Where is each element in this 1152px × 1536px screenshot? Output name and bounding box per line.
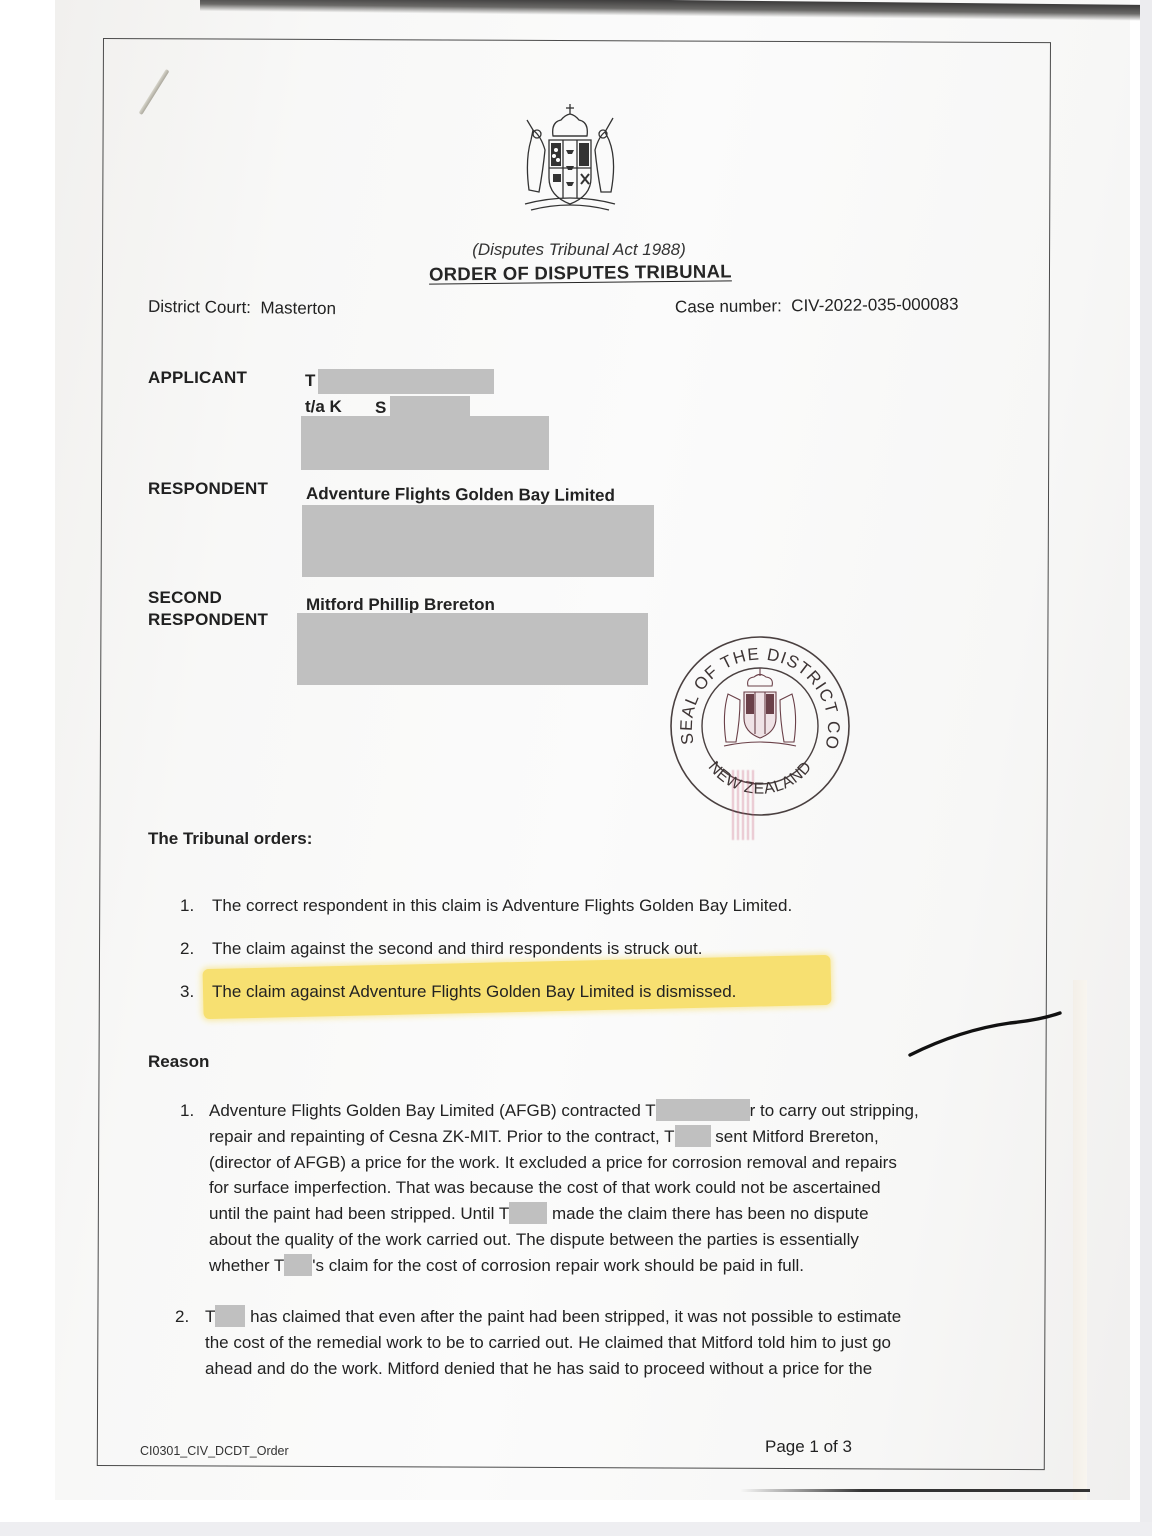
- order-item: 2.The claim against the second and third…: [180, 939, 702, 959]
- district-court: District Court: Masterton: [148, 297, 336, 319]
- seal-ink-smudge: [732, 770, 754, 840]
- second-respondent-name: Mitford Phillip Brereton: [306, 595, 495, 615]
- pen-stroke-mark: [900, 995, 1070, 1065]
- form-code: CI0301_CIV_DCDT_Order: [140, 1444, 289, 1458]
- coat-of-arms-icon: [505, 100, 635, 225]
- orders-heading: The Tribunal orders:: [148, 829, 312, 849]
- page-bottom-edge: [740, 1489, 1090, 1492]
- respondent-name: Adventure Flights Golden Bay Limited: [306, 484, 615, 506]
- redaction-block: [297, 613, 648, 685]
- redaction-block: [301, 416, 549, 470]
- reason-heading: Reason: [148, 1052, 209, 1072]
- svg-text:NEW ZEALAND: NEW ZEALAND: [705, 759, 816, 798]
- document-title: ORDER OF DISPUTES TRIBUNAL: [429, 260, 732, 285]
- viewer-edge: [1140, 0, 1152, 1536]
- redaction-block: [302, 505, 654, 577]
- viewer-edge-bottom: [0, 1522, 1152, 1536]
- redaction-block: [284, 1254, 312, 1276]
- act-reference: (Disputes Tribunal Act 1988): [0, 240, 1152, 260]
- court-seal-icon: THE SEAL OF THE DISTRICT COURT NEW ZEALA…: [668, 634, 852, 818]
- order-item: 1.The correct respondent in this claim i…: [180, 896, 792, 916]
- paragraph-number: 2.: [175, 1304, 189, 1330]
- court-value: Masterton: [260, 298, 336, 318]
- applicant-trading-name-initial: S: [375, 398, 386, 418]
- case-label: Case number:: [675, 296, 782, 316]
- seal-bottom-text: NEW ZEALAND: [705, 759, 816, 798]
- redaction-block: [390, 396, 470, 416]
- respondent-label: RESPONDENT: [148, 479, 268, 499]
- paragraph-number: 1.: [180, 1098, 194, 1124]
- court-label: District Court:: [148, 297, 251, 317]
- redaction-block: [215, 1305, 245, 1327]
- second-respondent-label-1: SECOND: [148, 588, 222, 608]
- redaction-block: [318, 369, 494, 394]
- applicant-trading-as: t/a K: [305, 397, 342, 417]
- applicant-name-initial: T: [305, 371, 315, 391]
- redaction-block: [509, 1202, 547, 1224]
- redaction-block: [675, 1125, 711, 1147]
- case-value: CIV-2022-035-000083: [791, 295, 958, 316]
- page-number: Page 1 of 3: [765, 1437, 852, 1457]
- order-item-highlighted: 3.The claim against Adventure Flights Go…: [180, 982, 736, 1002]
- case-number: Case number: CIV-2022-035-000083: [675, 295, 959, 318]
- page-edge-strip: [1073, 980, 1087, 1500]
- applicant-label: APPLICANT: [148, 368, 247, 388]
- second-respondent-label-2: RESPONDENT: [148, 610, 268, 630]
- redaction-block: [656, 1099, 750, 1121]
